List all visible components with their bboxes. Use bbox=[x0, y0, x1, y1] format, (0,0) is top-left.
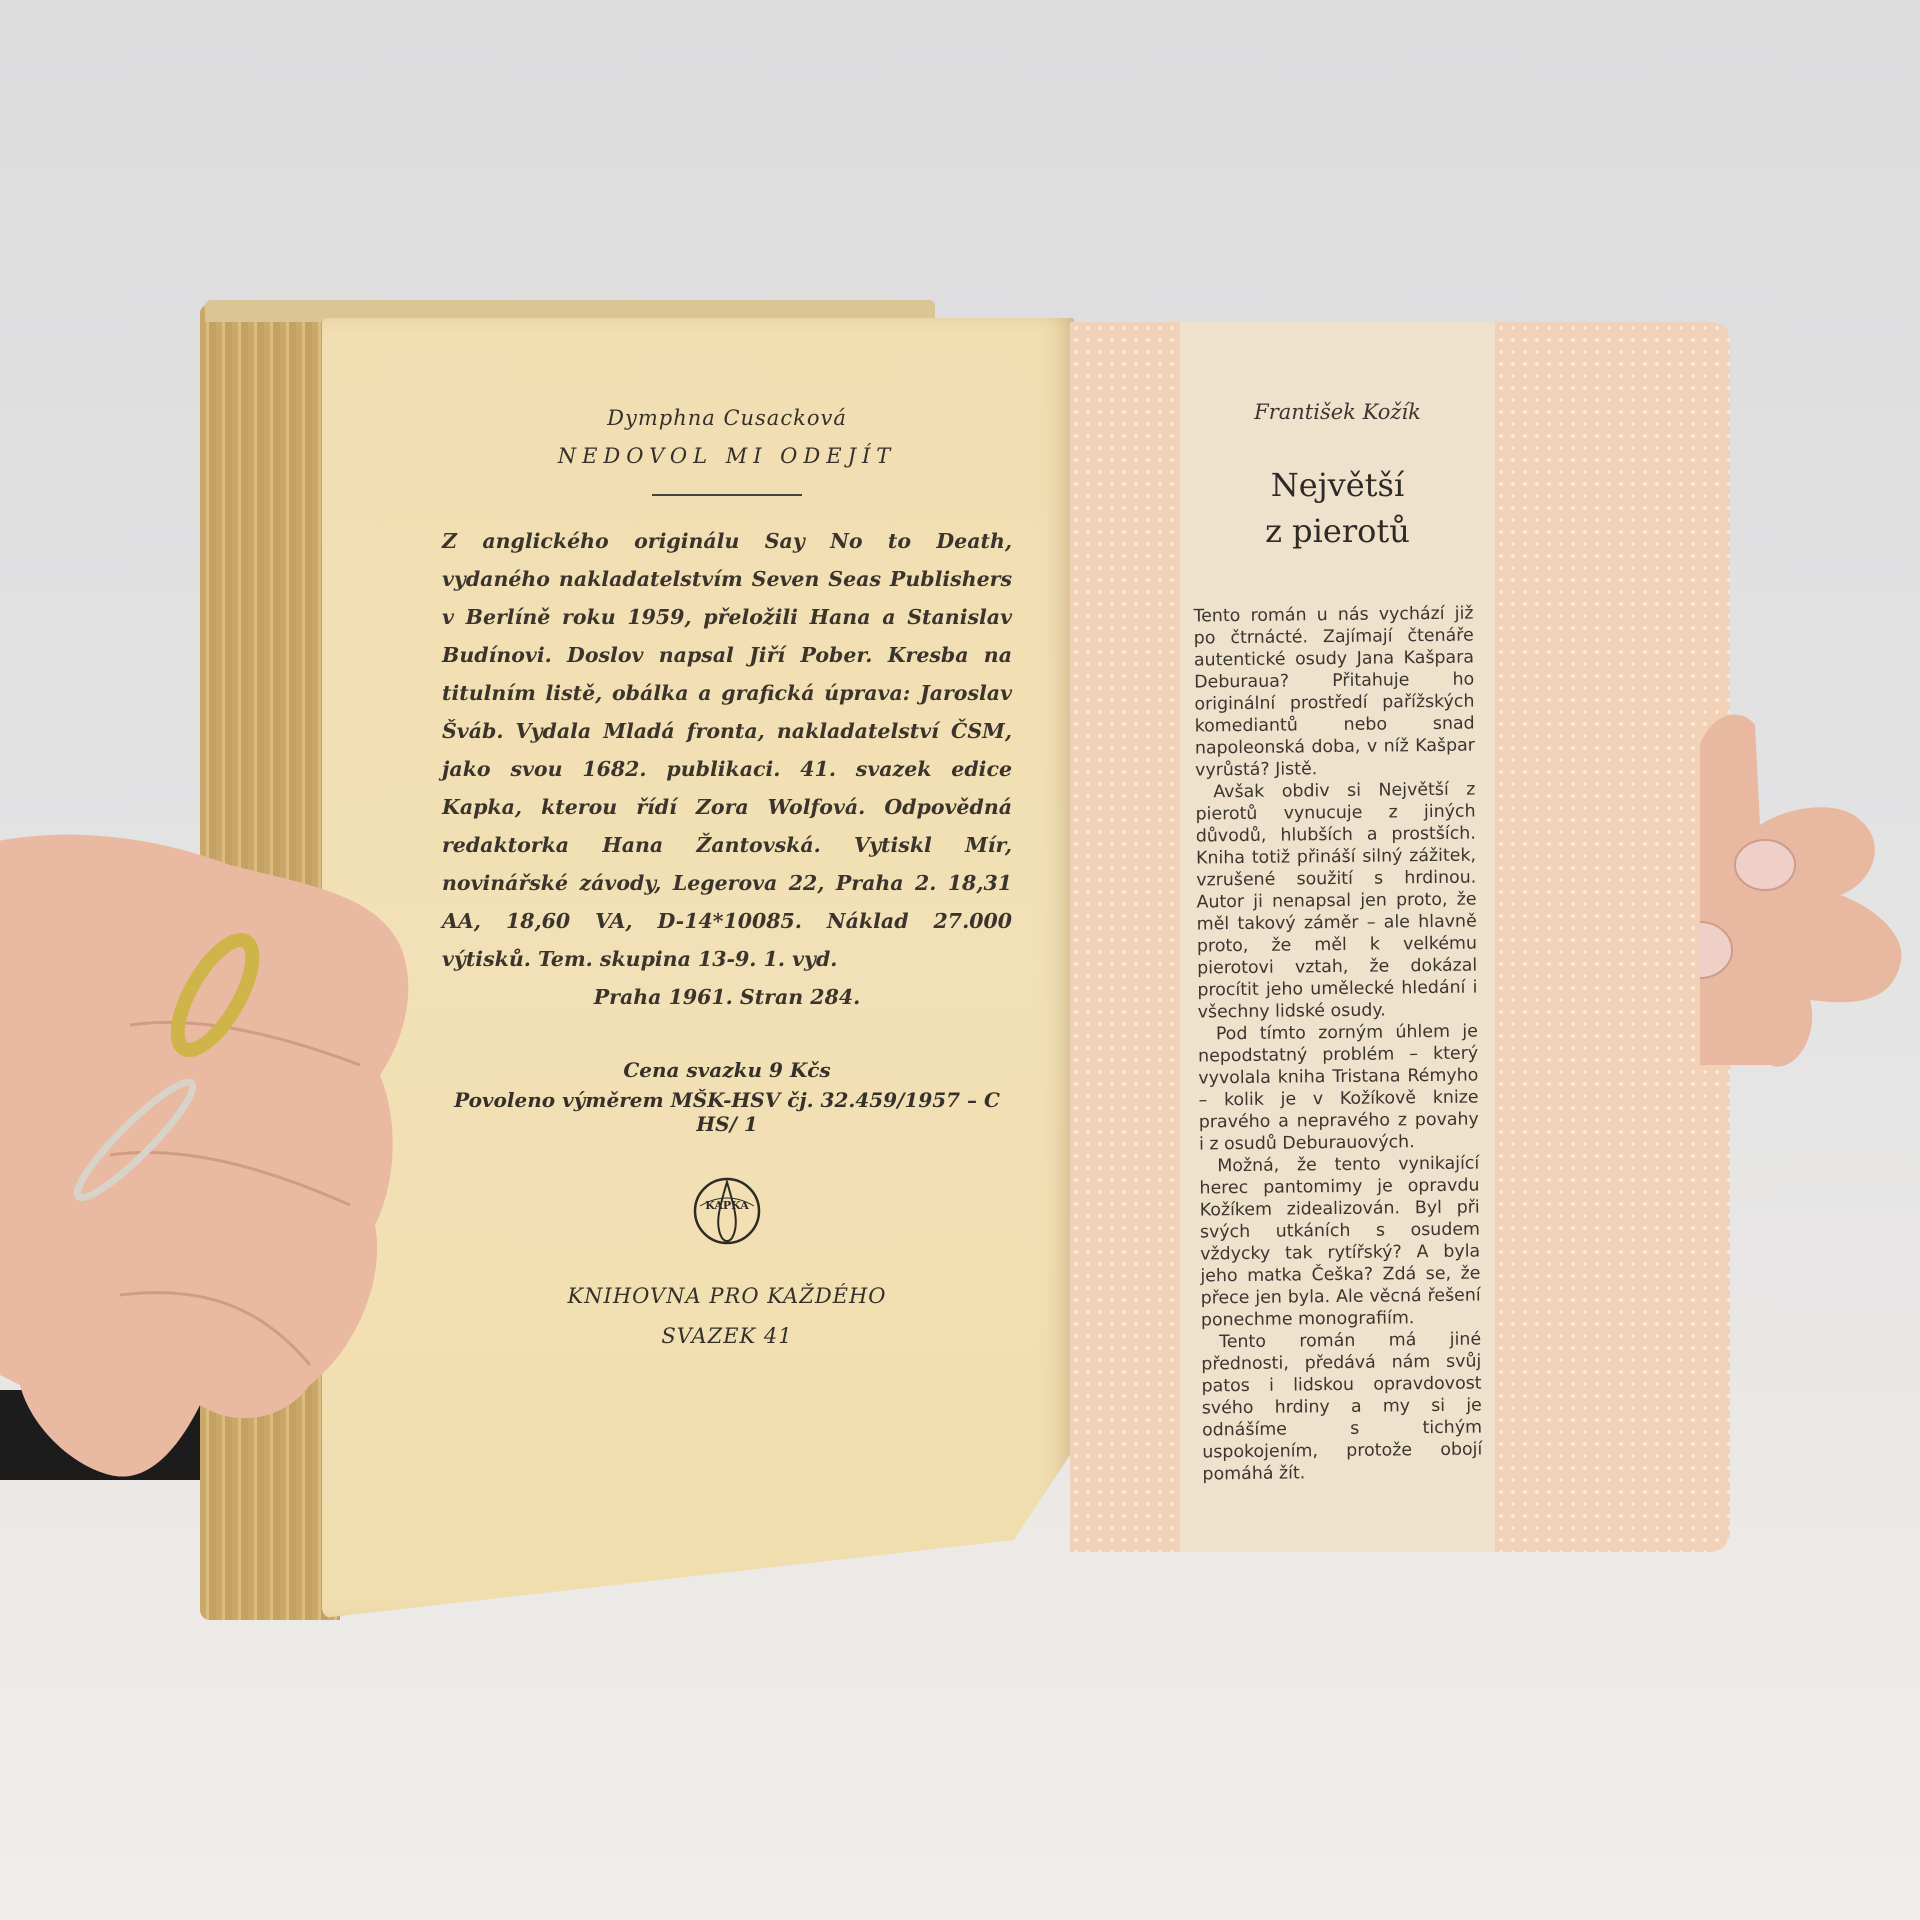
flap-title-line-1: Největší bbox=[1180, 462, 1495, 508]
series-name: KNIHOVNA PRO KAŽDÉHO bbox=[442, 1276, 1012, 1316]
left-hand bbox=[0, 825, 420, 1505]
price-line: Cena svazku 9 Kčs bbox=[442, 1058, 1012, 1082]
blurb-paragraph: Pod tímto zorným úhlem je nepodstatný pr… bbox=[1198, 1021, 1479, 1156]
colophon-body: Z anglického originálu Say No to Death, … bbox=[442, 529, 1012, 971]
book-author: Dymphna Cusacková bbox=[442, 406, 1012, 430]
fingernail-icon bbox=[1735, 840, 1795, 890]
flap-title: Největší z pierotů bbox=[1180, 462, 1495, 554]
cover-pattern-right bbox=[1495, 322, 1730, 1552]
colophon-last-line: Praha 1961. Stran 284. bbox=[442, 978, 1012, 1016]
blurb-paragraph: Tento román u nás vychází již po čtrnáct… bbox=[1193, 603, 1475, 782]
cover-flap-page: František Kožík Největší z pierotů Tento… bbox=[1070, 322, 1730, 1552]
book-title: NEDOVOL MI ODEJÍT bbox=[442, 444, 1012, 468]
flap-title-line-2: z pierotů bbox=[1180, 508, 1495, 554]
flap-author: František Kožík bbox=[1180, 400, 1495, 424]
blurb-paragraph: Možná, že tento vynikající herec pantomi… bbox=[1199, 1153, 1481, 1332]
permit-line: Povoleno výměrem MŠK-HSV čj. 32.459/1957… bbox=[442, 1088, 1012, 1136]
series-volume: SVAZEK 41 bbox=[442, 1316, 1012, 1356]
series-label: KNIHOVNA PRO KAŽDÉHO SVAZEK 41 bbox=[442, 1276, 1012, 1356]
svg-text:KAPKA: KAPKA bbox=[705, 1199, 749, 1212]
cover-text-strip: František Kožík Největší z pierotů Tento… bbox=[1180, 322, 1495, 1552]
left-book-page: Dymphna Cusacková NEDOVOL MI ODEJÍT Z an… bbox=[322, 318, 1074, 1618]
cover-pattern-left bbox=[1070, 322, 1180, 1552]
title-divider bbox=[652, 494, 802, 496]
right-hand bbox=[1700, 705, 1920, 1085]
colophon-page-content: Dymphna Cusacková NEDOVOL MI ODEJÍT Z an… bbox=[442, 406, 1012, 1356]
kapka-logo-icon: KAPKA bbox=[692, 1176, 762, 1246]
blurb-paragraph: Avšak obdiv si Největší z pierotů vynucu… bbox=[1195, 779, 1478, 1024]
blurb-paragraph: Tento román má jiné přednosti, předává n… bbox=[1201, 1329, 1483, 1486]
colophon-text: Z anglického originálu Say No to Death, … bbox=[442, 522, 1012, 1016]
flap-blurb: Tento román u nás vychází již po čtrnáct… bbox=[1193, 603, 1482, 1486]
